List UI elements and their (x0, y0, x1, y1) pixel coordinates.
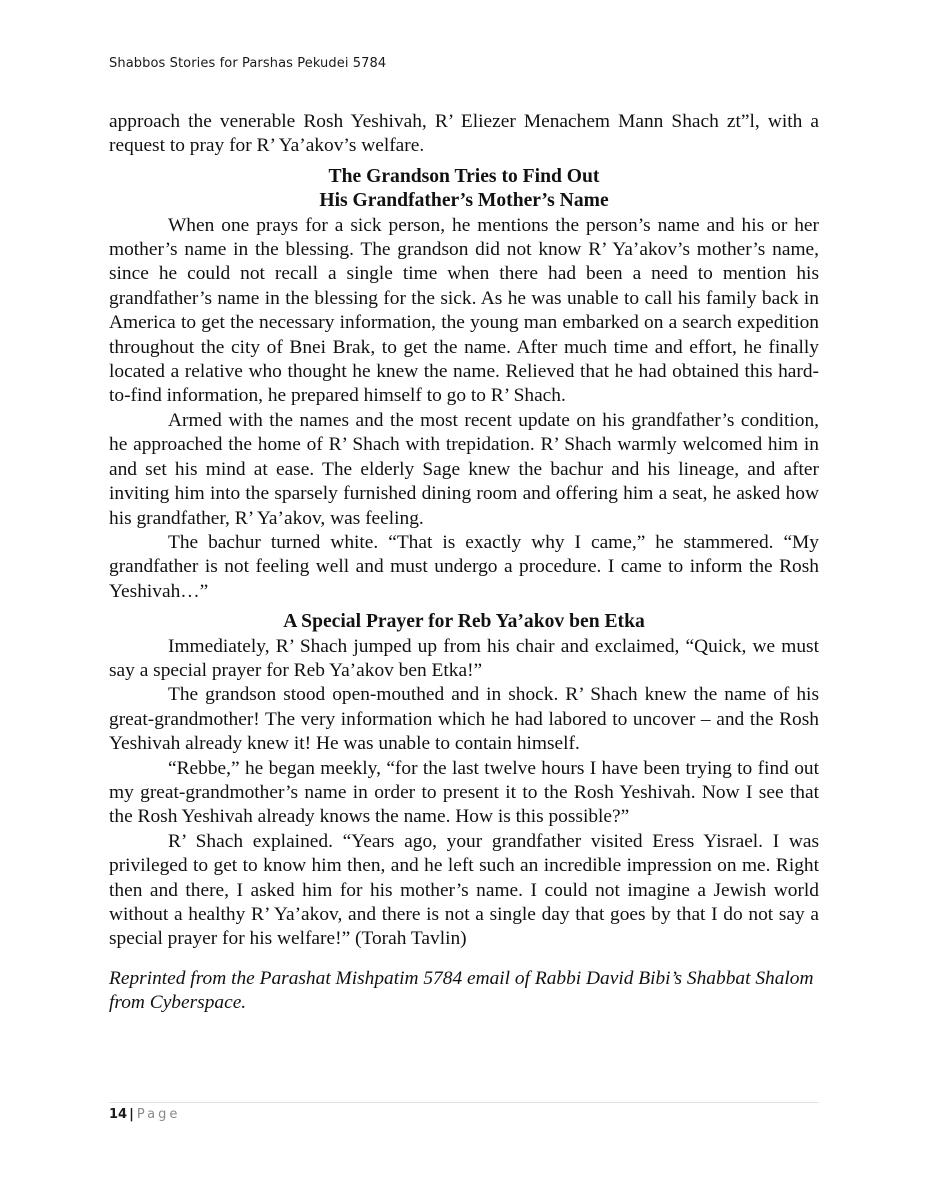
page-body: approach the venerable Rosh Yeshivah, R’… (109, 110, 819, 1016)
section-heading-special-prayer: A Special Prayer for Reb Ya’akov ben Etk… (109, 610, 819, 634)
footer-divider (109, 1102, 819, 1103)
page-number: 14 (109, 1107, 127, 1122)
body-paragraph: The bachur turned white. “That is exactl… (109, 531, 819, 604)
footer-separator: | (129, 1107, 134, 1122)
body-paragraph: Immediately, R’ Shach jumped up from his… (109, 635, 819, 684)
body-paragraph: Armed with the names and the most recent… (109, 409, 819, 531)
body-paragraph: “Rebbe,” he began meekly, “for the last … (109, 757, 819, 830)
running-header: Shabbos Stories for Parshas Pekudei 5784 (109, 56, 386, 71)
page-footer: 14|Page (109, 1107, 180, 1123)
body-paragraph: R’ Shach explained. “Years ago, your gra… (109, 830, 819, 952)
body-paragraph: The grandson stood open-mouthed and in s… (109, 683, 819, 756)
reprint-credit: Reprinted from the Parashat Mishpatim 57… (109, 967, 819, 1016)
page-label: Page (137, 1107, 180, 1122)
body-paragraph: When one prays for a sick person, he men… (109, 214, 819, 409)
intro-paragraph: approach the venerable Rosh Yeshivah, R’… (109, 110, 819, 159)
section-heading-grandson-line1: The Grandson Tries to Find Out (109, 165, 819, 189)
section-heading-grandson-line2: His Grandfather’s Mother’s Name (109, 189, 819, 213)
